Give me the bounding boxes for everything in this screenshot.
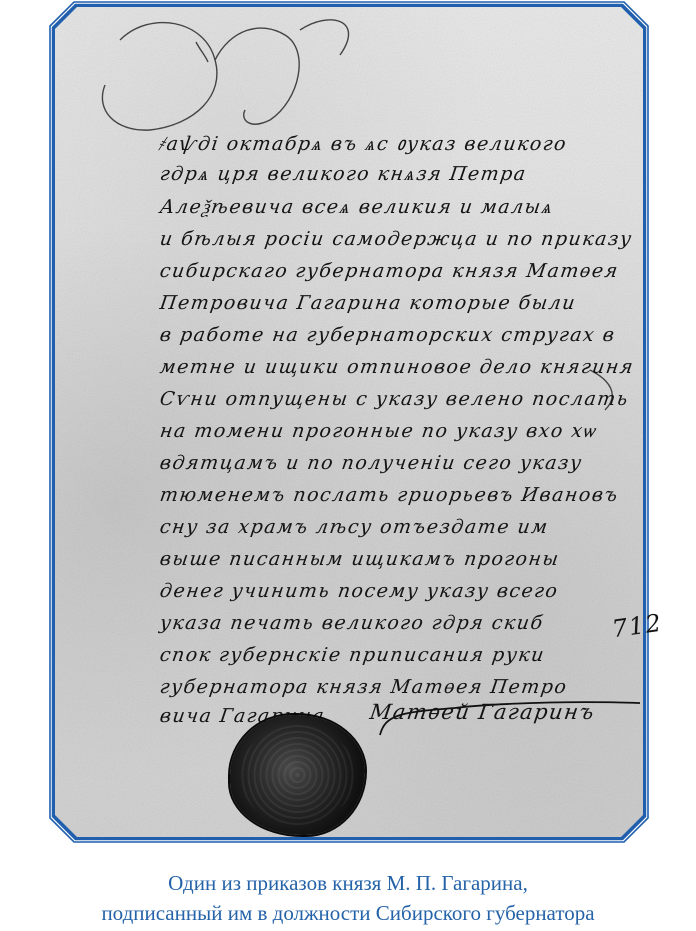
- manuscript-line: сну за храмъ лѣсу отъездате им: [158, 516, 550, 538]
- manuscript-line: Сѵни отпущены с указу велено послать: [158, 388, 630, 410]
- manuscript-line: ҂аѱді октабрѧ въ ѧс ᲂуказ великого: [158, 130, 569, 156]
- manuscript-line: Алеѯѣевича всеѧ великия и малыѧ: [158, 196, 555, 219]
- manuscript-line: денег учинить посему указу всего: [158, 580, 559, 602]
- wax-seal: [230, 715, 365, 835]
- manuscript-line: гдрѧ цря великого кнѧзя Петра: [158, 163, 528, 186]
- manuscript-line: на томени прогонные по указу вхо хѡ: [158, 420, 598, 443]
- manuscript-line: Петровича Гагарина которые были: [158, 292, 577, 314]
- figure-caption: Один из приказов князя М. П. Гагарина, п…: [0, 868, 696, 928]
- manuscript-line: сибирскаго губернатора князя Матѳея: [158, 260, 620, 282]
- manuscript-line: губернатора князя Матѳея Петро: [158, 676, 569, 698]
- manuscript-line: вдятцамъ и по полученіи сего указу: [158, 452, 584, 474]
- caption-line-2: подписанный им в должности Сибирского гу…: [0, 898, 696, 928]
- manuscript-line: в работе на губернаторских стругах в: [158, 324, 617, 346]
- manuscript-line: метне и ищики отпиновое дело княгиня: [158, 356, 635, 378]
- caption-line-1: Один из приказов князя М. П. Гагарина,: [0, 868, 696, 898]
- seal-texture-icon: [240, 725, 355, 825]
- manuscript-line: и бѣлыя росіи самодержца и по приказу: [158, 228, 634, 250]
- manuscript-line: спок губернскіе приписания руки: [158, 644, 546, 666]
- signature: Матѳей Гагаринъ: [368, 700, 596, 724]
- manuscript-line: указа печать великого гдря скиб: [158, 612, 545, 634]
- manuscript-line: выше писанным ищикамъ прогоны: [158, 548, 561, 570]
- manuscript-line: тюменемъ послать гриорьевъ Ивановъ: [158, 484, 620, 506]
